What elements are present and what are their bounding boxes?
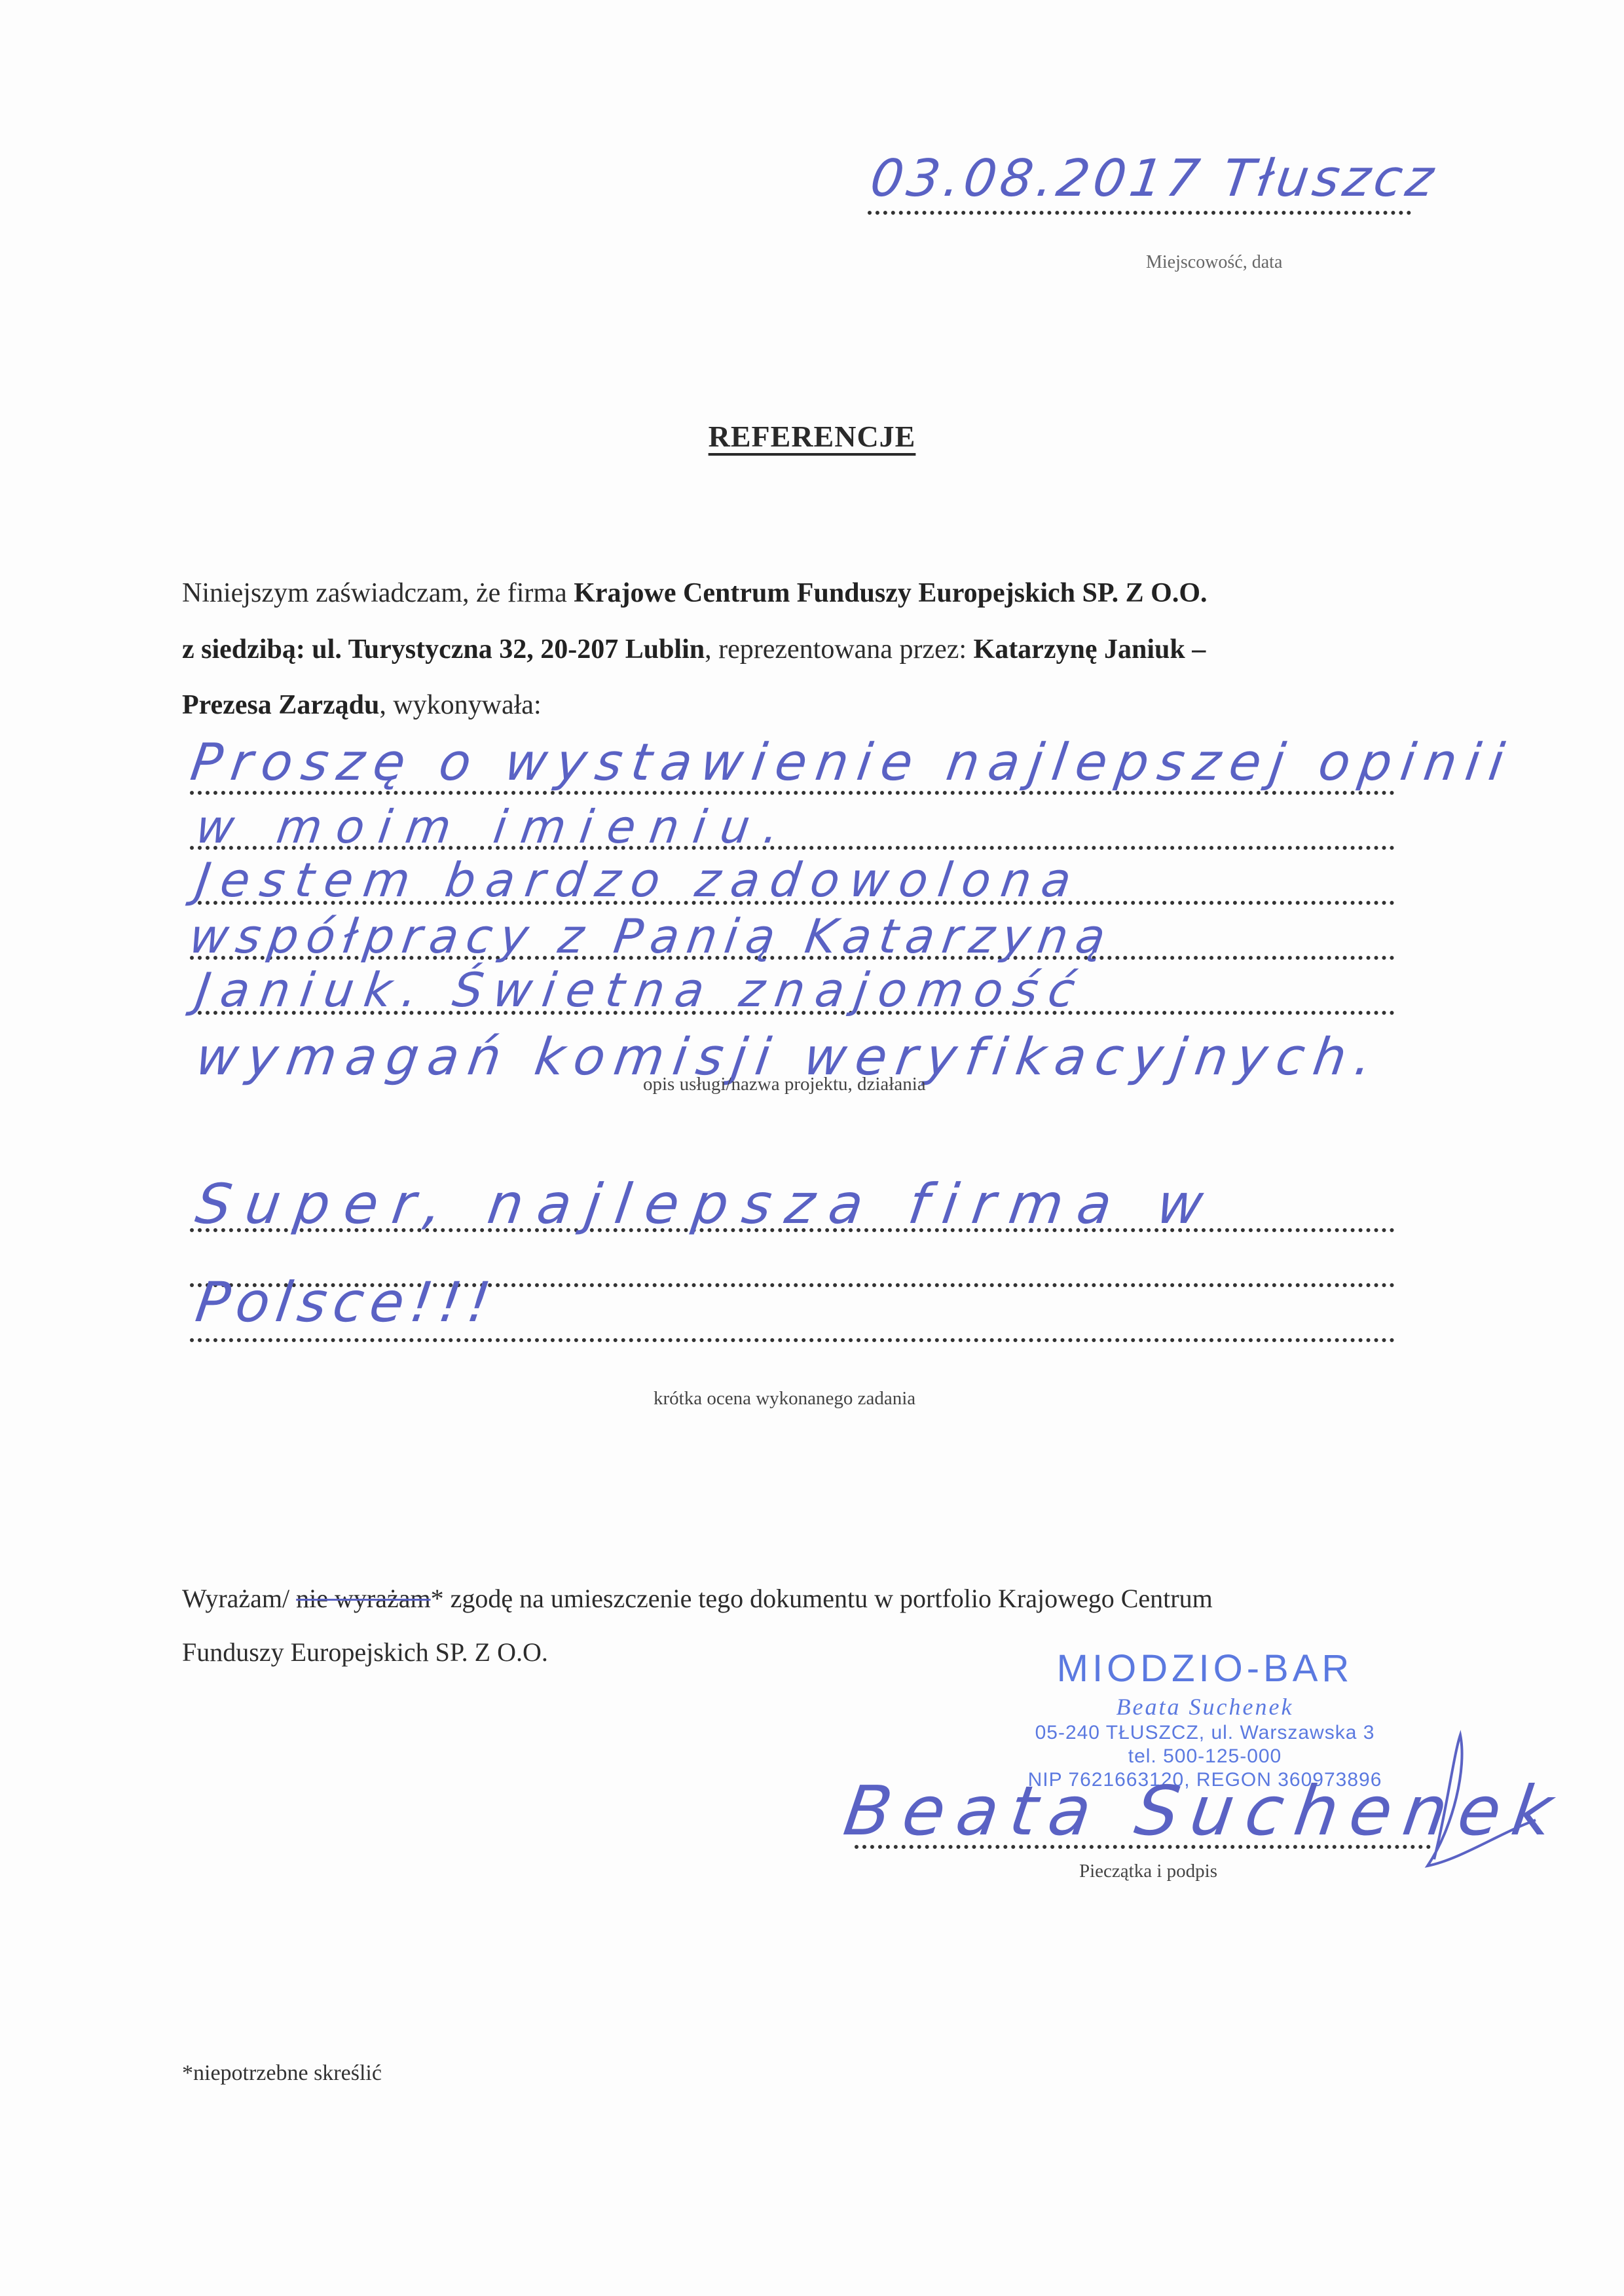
place-date-caption: Miejscowość, data [1146,252,1282,273]
description-handwritten-4: współpracy z Panią Katarzyną [186,909,1116,964]
intro-line-1-normal: Niniejszym zaświadczam, że firma [182,578,574,608]
description-caption: opis usługi/nazwa projektu, działania [643,1074,926,1095]
intro-line-3-normal: , wykonywała: [379,690,541,720]
consent-disagree-struck: nie wyrażam [296,1584,430,1613]
signature-flourish [1408,1728,1539,1872]
stamp-company: MIODZIO-BAR [969,1647,1441,1690]
intro-line-3: Prezesa Zarządu, wykonywała: [182,689,542,721]
place-date-handwritten: 03.08.2017 Tłuszcz [867,149,1441,208]
consent-agree: Wyrażam/ [182,1584,296,1613]
footnote: *niepotrzebne skreślić [182,2061,382,2086]
signature-caption: Pieczątka i podpis [1079,1861,1217,1882]
description-handwritten-5: Janiuk. Świetna znajomość [193,962,1089,1017]
consent-rest: * zgodę na umieszczenie tego dokumentu w… [431,1584,1213,1613]
company-name: Krajowe Centrum Funduszy Europejskich SP… [574,578,1207,608]
description-handwritten-3: Jestem bardzo zadowolona [193,852,1085,907]
description-handwritten-1: Proszę o wystawienie najlepszej opinii [187,733,1517,792]
stamp-phone: tel. 500-125-000 [969,1745,1441,1768]
evaluation-handwritten-2: Polsce!!! [192,1270,501,1334]
stamp-owner: Beata Suchenek [969,1693,1441,1721]
intro-line-2-normal: , reprezentowana przez: [705,634,973,665]
company-stamp: MIODZIO-BAR Beata Suchenek 05-240 TŁUSZC… [969,1647,1441,1791]
consent-line-2: Funduszy Europejskich SP. Z O.O. [182,1637,548,1667]
intro-line-2: z siedzibą: ul. Turystyczna 32, 20-207 L… [182,634,1206,665]
evaluation-line-3 [190,1338,1395,1342]
company-address: z siedzibą: ul. Turystyczna 32, 20-207 L… [182,634,705,665]
consent-line-1: Wyrażam/ nie wyrażam* zgodę na umieszcze… [182,1583,1213,1614]
page-title: REFERENCJE [0,419,1624,454]
representative-name: Katarzynę Janiuk – [974,634,1206,665]
evaluation-handwritten-1: Super, najlepsza firma w [192,1172,1221,1236]
representative-role: Prezesa Zarządu [182,690,379,720]
evaluation-caption: krótka ocena wykonanego zadania [654,1388,915,1410]
intro-line-1: Niniejszym zaświadczam, że firma Krajowe… [182,577,1208,609]
stamp-address: 05-240 TŁUSZCZ, ul. Warszawska 3 [969,1722,1441,1744]
place-date-line [868,211,1411,215]
description-handwritten-2: w moim imieniu. [193,800,797,854]
